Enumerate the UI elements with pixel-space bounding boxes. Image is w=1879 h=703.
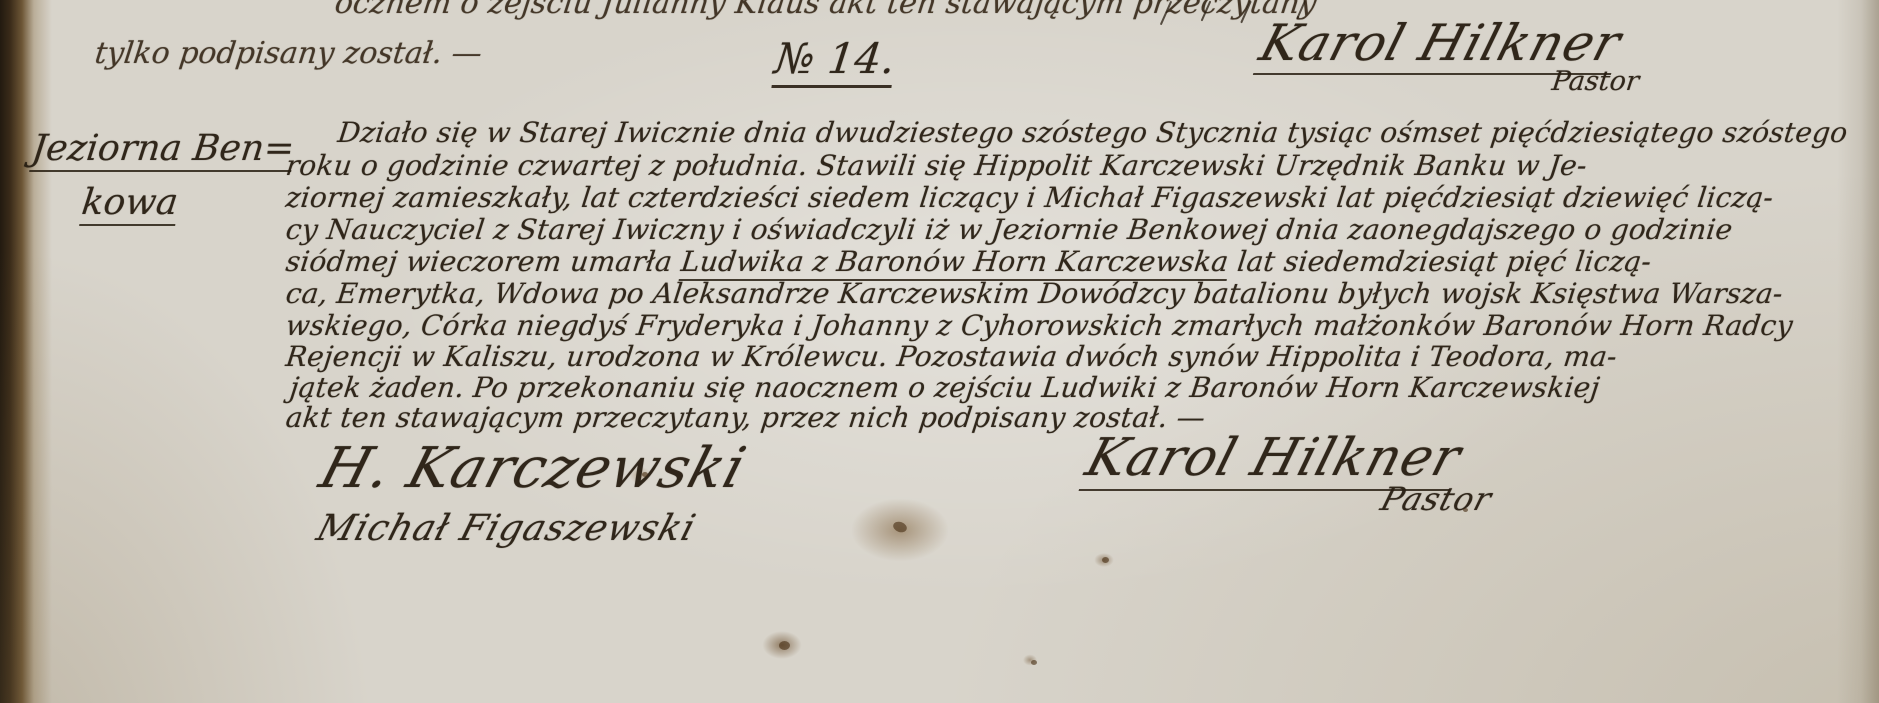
record-line-8: Rejencji w Kaliszu, urodzona w Królewcu.…: [284, 340, 1619, 373]
ink-blot: [1031, 660, 1037, 665]
record-line-5: siódmej wieczorem umarła Ludwika z Baron…: [284, 245, 1653, 278]
record-line-1: Działo się w Starej Iwicznie dnia dwudzi…: [336, 116, 1850, 149]
ink-blot: [892, 520, 909, 534]
document-scan: ocznem o zejściu Julianny Klaus akt ten …: [0, 0, 1879, 703]
margin-note-line-2: kowa: [79, 182, 180, 223]
margin-note-line-1: Jeziorna Ben=: [29, 128, 296, 169]
record-number-text: № 14.: [771, 34, 898, 88]
record-line-3: ziornej zamieszkały, lat czterdzieści si…: [284, 181, 1775, 214]
record-number: № 14.: [772, 34, 898, 83]
record-line-6: ca, Emerytka, Wdowa po Aleksandrze Karcz…: [284, 277, 1785, 310]
ink-blot: [1463, 508, 1468, 512]
witness-signature-1: H. Karczewski: [313, 436, 754, 501]
pastor-signature-bottom: Karol Hilkner: [1079, 428, 1468, 488]
record-line-4: cy Nauczyciel z Starej Iwiczny i oświadc…: [284, 213, 1735, 246]
record-line-5-pre: siódmej wieczorem umarła: [284, 245, 683, 278]
ink-blot: [779, 641, 790, 650]
record-line-2: roku o godzinie czwartej z południa. Sta…: [284, 149, 1589, 182]
record-line-7: wskiego, Córka niegdyś Fryderyka i Johan…: [284, 309, 1795, 342]
pastor-title-top: Pastor: [1550, 66, 1641, 97]
deceased-name-underlined: Ludwika z Baronów Horn Karczewska: [679, 245, 1231, 281]
pastor-title-bottom: Pastor: [1377, 480, 1497, 518]
ink-blot: [1102, 557, 1109, 563]
pastor-signature-top: Karol Hilkner: [1254, 14, 1628, 72]
witness-signature-2: Michał Figaszewski: [312, 508, 700, 549]
ink-blot: [642, 472, 648, 477]
record-line-9: jątek żaden. Po przekonaniu się naocznem…: [288, 371, 1602, 404]
previous-record-line-2: tylko podpisany został. —: [93, 36, 484, 71]
margin-note-text-1: Jeziorna Ben=: [29, 128, 297, 172]
record-line-5-post: lat siedemdziesiąt pięć liczą-: [1226, 245, 1653, 278]
record-line-10: akt ten stawającym przeczytany, przez ni…: [284, 401, 1207, 434]
margin-note-text-2: kowa: [79, 182, 180, 226]
